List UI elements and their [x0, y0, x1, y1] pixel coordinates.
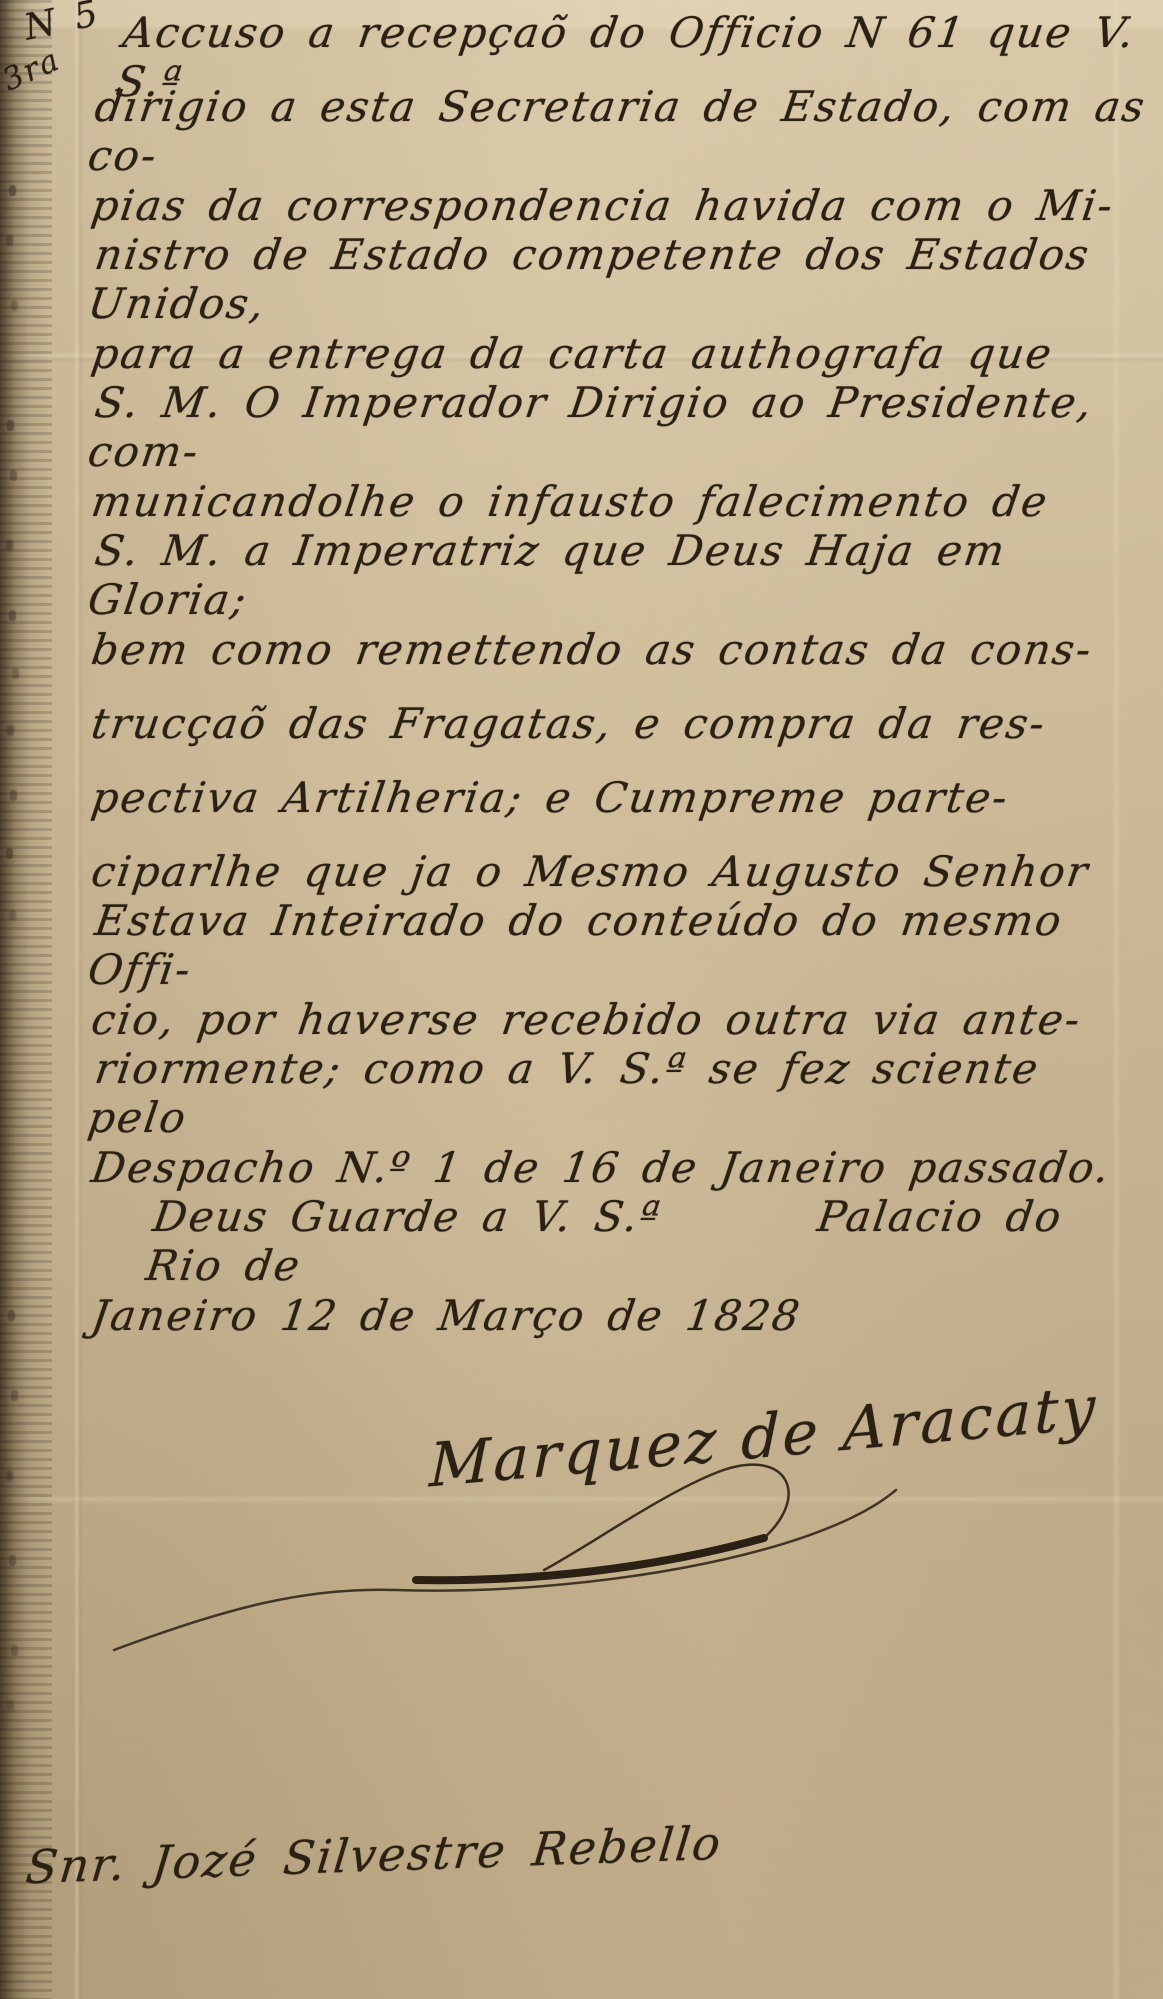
binding-edge	[0, 0, 52, 1999]
letter-line: pectiva Artilheria; e Cumpreme parte-	[87, 760, 1158, 834]
signature-flourish	[96, 1428, 936, 1668]
letter-line: S. M. a Imperatriz que Deus Haja em Glor…	[87, 538, 1158, 612]
letter-date-line: Janeiro 12 de Março de 1828	[87, 1278, 1158, 1352]
print-bleed-through	[0, 0, 7, 11]
letter-line: riormente; como a V. S.ª se fez sciente …	[87, 1056, 1158, 1130]
letter-line: trucçaõ das Fragatas, e compra da res-	[87, 686, 1158, 760]
letter-closing-line: Deus Guarde a V. S.ª Palacio do Rio de	[87, 1204, 1158, 1278]
letter-line: S. M. O Imperador Dirigio ao Presidente,…	[87, 390, 1158, 464]
letter-line: dirigio a esta Secretaria de Estado, com…	[87, 94, 1158, 168]
letter-line: Estava Inteirado do conteúdo do mesmo Of…	[87, 908, 1158, 982]
letter-body: Accuso a recepçaõ do Officio N 61 que V.…	[92, 20, 1153, 1352]
letter-line: nistro de Estado competente dos Estados …	[87, 242, 1158, 316]
manuscript-page: N 5 3ra Accuso a recepçaõ do Officio N 6…	[0, 0, 1163, 1999]
addressee: Snr. Jozé Silvestre Rebello	[23, 1816, 725, 1895]
letter-line: bem como remettendo as contas da cons-	[87, 612, 1158, 686]
